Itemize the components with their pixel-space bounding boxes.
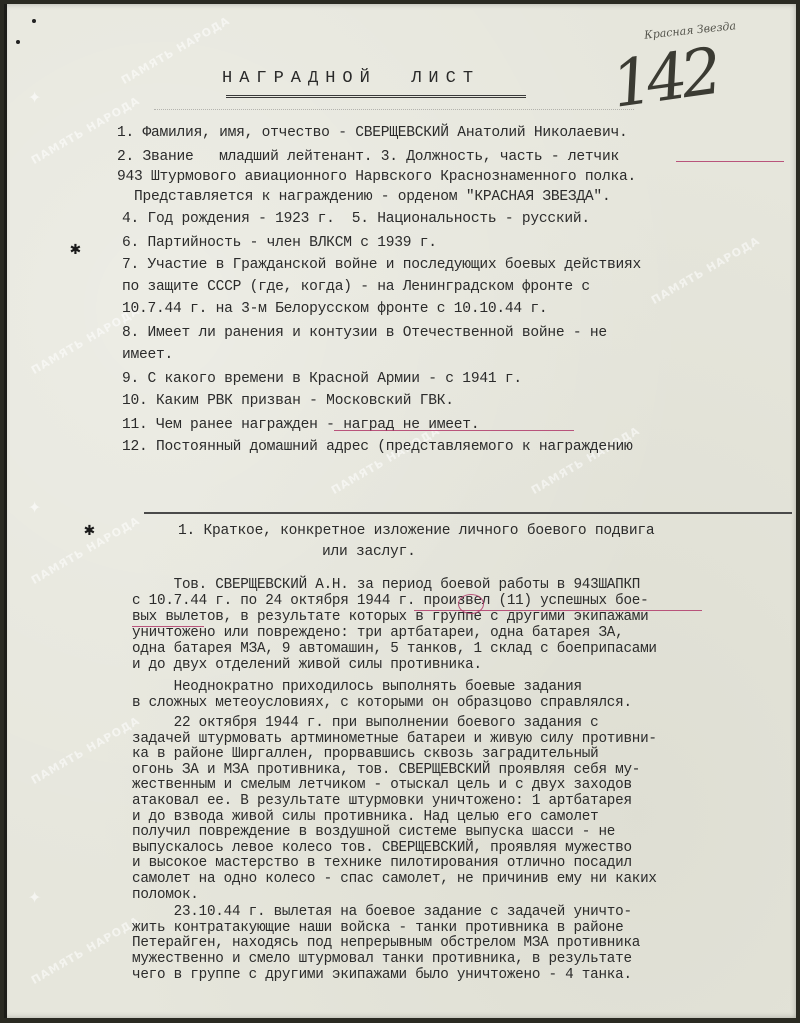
body-line: задачей штурмовать артминометные батареи… (132, 732, 657, 746)
header-field-line: 2. Звание младший лейтенант. 3. Должност… (117, 150, 619, 165)
body-line: ка в районе Ширгаллен, прорвавшись сквоз… (132, 747, 598, 761)
body-line: мужественно и смело штурмовал танки прот… (132, 952, 632, 966)
red-underline (676, 161, 784, 162)
body-line: получил повреждение в воздушной системе … (132, 825, 615, 839)
body-line: жественным и смелым летчиком - отыскал ц… (132, 778, 632, 792)
header-field-line: 4. Год рождения - 1923 г. 5. Национально… (122, 212, 590, 227)
watermark: ПАМЯТЬ НАРОДА (29, 714, 142, 787)
header-field-line: 10. Каким РВК призван - Московский ГВК. (122, 394, 454, 409)
body-line: Петерайген, находясь под непрерывным обс… (132, 936, 640, 950)
faint-rule (154, 109, 634, 110)
watermark: ПАМЯТЬ НАРОДА (529, 424, 642, 497)
watermark: ПАМЯТЬ НАРОДА (649, 234, 762, 307)
body-line: вых вылетов, в результате которых в груп… (132, 610, 648, 624)
header-field-line: имеет. (122, 348, 173, 363)
scan-edge (4, 4, 7, 1018)
red-underline (334, 430, 574, 431)
award-sheet: ПАМЯТЬ НАРОДА ПАМЯТЬ НАРОДА ПАМЯТЬ НАРОД… (4, 4, 796, 1018)
watermark-star-icon: ✦ (28, 84, 41, 110)
body-line: одна батарея МЗА, 9 автомашин, 5 танков,… (132, 642, 657, 656)
header-field-line: 9. С какого времени в Красной Армии - с … (122, 372, 522, 387)
body-line: 22 октября 1944 г. при выполнении боевог… (132, 716, 598, 730)
header-field-line: по защите СССР (где, когда) - на Ленингр… (122, 280, 590, 295)
section-separator (144, 512, 792, 514)
header-field-line: 10.7.44 г. на 3-м Белорусском фронте с 1… (122, 302, 547, 317)
header-field-line: 1. Фамилия, имя, отчество - СВЕРЩЕВСКИЙ … (117, 126, 627, 141)
header-field-line: 12. Постоянный домашний адрес (представл… (122, 440, 632, 455)
red-underline (414, 610, 702, 611)
body-line: 23.10.44 г. вылетая на боевое задание с … (132, 905, 632, 919)
body-line: и до двух отделений живой силы противник… (132, 658, 482, 672)
header-field-line: 8. Имеет ли ранения и контузии в Отечест… (122, 326, 607, 341)
watermark: ПАМЯТЬ НАРОДА (329, 424, 442, 497)
watermark: ПАМЯТЬ НАРОДА (119, 14, 232, 87)
body-line: и высокое мастерство в технике пилотиров… (132, 856, 632, 870)
title-underline (226, 95, 526, 98)
watermark-star-icon: ✦ (28, 884, 41, 910)
watermark-star-icon: ✦ (28, 494, 41, 520)
red-circle (458, 594, 484, 614)
body-line: уничтожено или повреждено: три артбатаре… (132, 626, 623, 640)
header-field-line: 6. Партийность - член ВЛКСМ с 1939 г. (122, 236, 437, 251)
ink-speck (16, 40, 20, 44)
body-line: жить контратакующие наши войска - танки … (132, 921, 623, 935)
body-line: и до взвода живой силы противника. Над ц… (132, 810, 598, 824)
watermark: ПАМЯТЬ НАРОДА (29, 914, 142, 987)
header-field-line: Представляется к награждению - орденом "… (117, 190, 610, 205)
body-line: чего в группе с другими экипажами было у… (132, 968, 632, 982)
margin-mark-icon: ✱ (84, 519, 95, 541)
section-heading-cont: или заслуг. (322, 545, 416, 560)
section-heading: 1. Краткое, конкретное изложение личного… (178, 524, 654, 539)
page-title: НАГРАДНОЙ ЛИСТ (222, 70, 480, 87)
ink-speck (32, 19, 36, 23)
body-line: в сложных метеоусловиях, с которыми он о… (132, 696, 632, 710)
red-underline (132, 626, 204, 627)
header-field-line: 943 Штурмового авиационного Нарвского Кр… (117, 170, 636, 185)
header-field-line: 7. Участие в Гражданской войне и последу… (122, 258, 641, 273)
body-line: Неоднократно приходилось выполнять боевы… (132, 680, 582, 694)
body-line: выпускалось левое колесо тов. СВЕРЩЕВСКИ… (132, 841, 632, 855)
body-line: Тов. СВЕРЩЕВСКИЙ А.Н. за период боевой р… (132, 578, 640, 592)
body-line: огонь ЗА и МЗА противника, тов. СВЕРЩЕВС… (132, 763, 640, 777)
margin-mark-icon: ✱ (70, 238, 81, 260)
body-line: с 10.7.44 г. по 24 октября 1944 г. произ… (132, 594, 648, 608)
body-line: самолет на одно колесо - спас самолет, н… (132, 872, 657, 886)
body-line: поломок. (132, 888, 199, 902)
body-line: атаковал ее. В результате штурмовки унич… (132, 794, 632, 808)
